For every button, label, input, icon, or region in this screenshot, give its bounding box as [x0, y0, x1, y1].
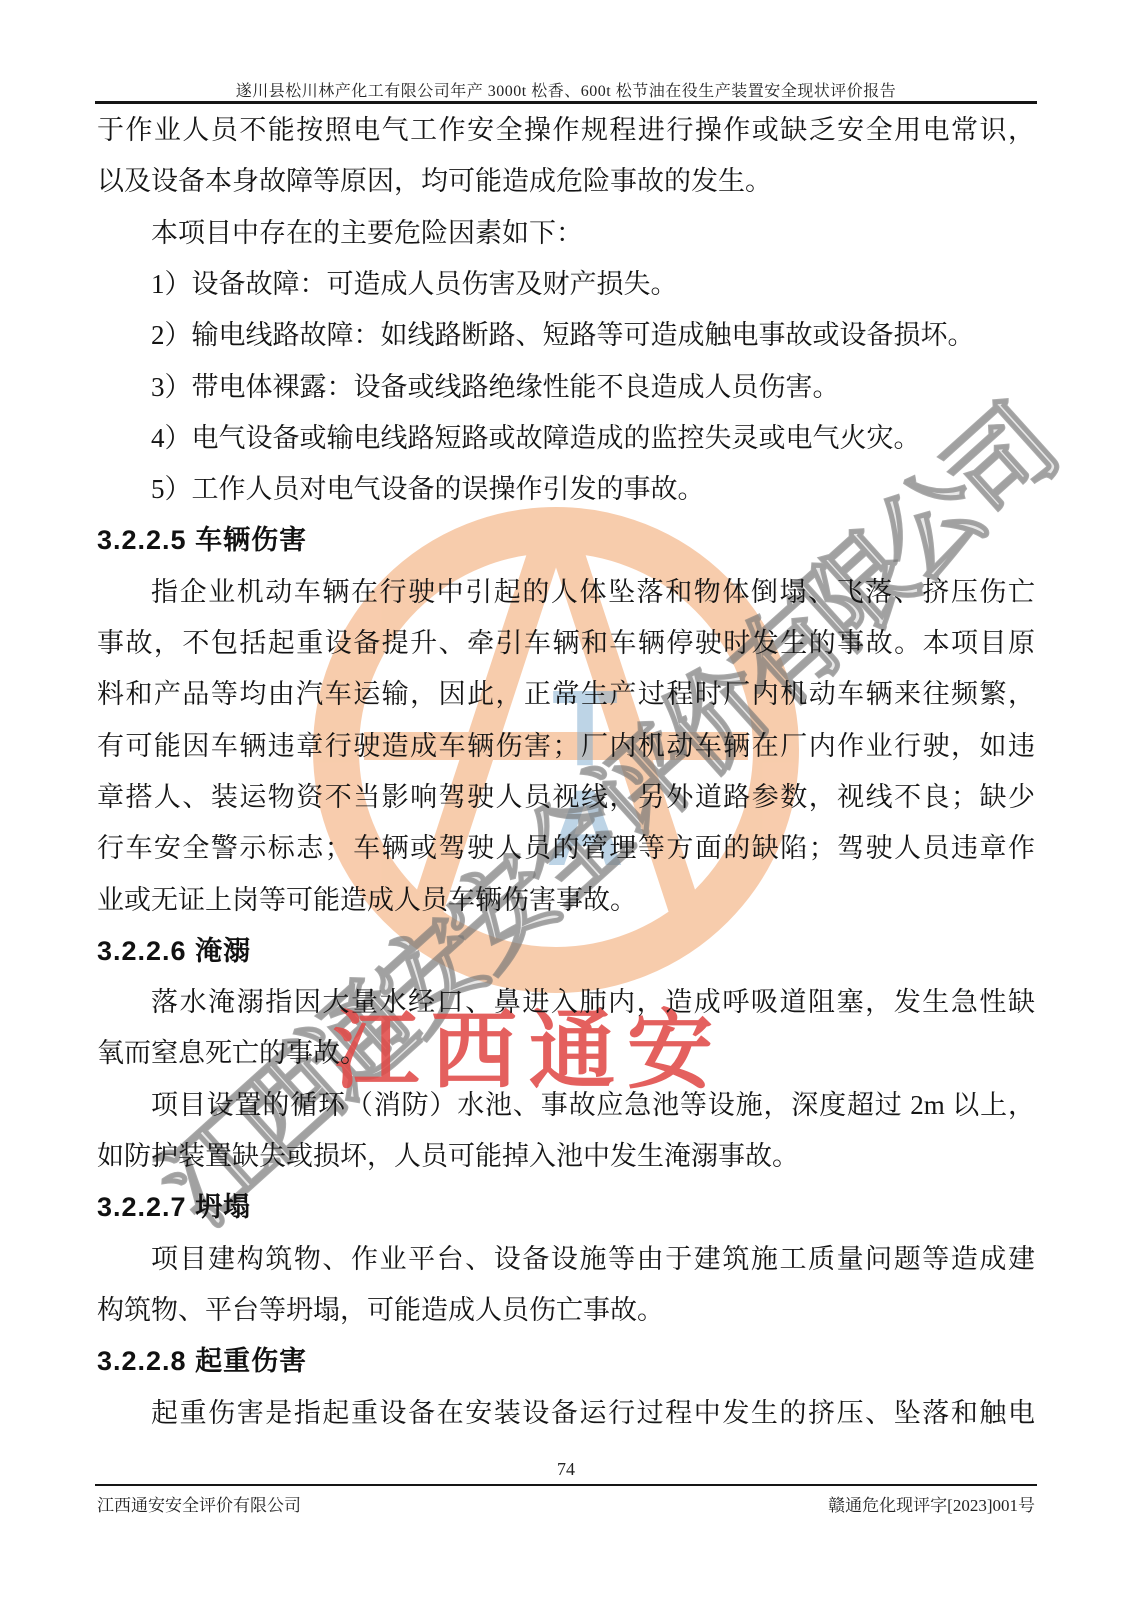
text-line: 项目设置的循环（消防）水池、事故应急池等设施，深度超过 2m 以上， — [97, 1088, 1035, 1122]
document-body: 于作业人员不能按照电气工作安全操作规程进行操作或缺乏安全用电常识，以及设备本身故… — [0, 0, 1132, 1600]
text-line: 落水淹溺指因大量水经口、鼻进入肺内，造成呼吸道阻塞，发生急性缺 — [97, 985, 1035, 1019]
text-line: 氧而窒息死亡的事故。 — [97, 1036, 1035, 1070]
text-line: 4）电气设备或输电线路短路或故障造成的监控失灵或电气火灾。 — [97, 421, 1035, 455]
text-line: 2）输电线路故障：如线路断路、短路等可造成触电事故或设备损坏。 — [97, 318, 1035, 352]
text-line: 料和产品等均由汽车运输，因此，正常生产过程时厂内机动车辆来往频繁， — [97, 677, 1035, 711]
text-line: 事故，不包括起重设备提升、牵引车辆和车辆停驶时发生的事故。本项目原 — [97, 626, 1035, 660]
section-heading: 3.2.2.6 淹溺 — [97, 934, 1035, 968]
text-line: 指企业机动车辆在行驶中引起的人体坠落和物体倒塌、飞落、挤压伤亡 — [97, 575, 1035, 609]
text-line: 行车安全警示标志；车辆或驾驶人员的管理等方面的缺陷；驾驶人员违章作 — [97, 831, 1035, 865]
text-line: 以及设备本身故障等原因，均可能造成危险事故的发生。 — [97, 164, 1035, 198]
text-line: 1）设备故障：可造成人员伤害及财产损失。 — [97, 267, 1035, 301]
text-line: 3）带电体裸露：设备或线路绝缘性能不良造成人员伤害。 — [97, 370, 1035, 404]
text-line: 章搭人、装运物资不当影响驾驶人员视线，另外道路参数，视线不良；缺少 — [97, 780, 1035, 814]
section-heading: 3.2.2.7 坍塌 — [97, 1190, 1035, 1224]
report-page: T A 江西通安安全评价有限公司 江西通安 遂川县松川林产化工有限公司年产 30… — [0, 0, 1132, 1600]
text-line: 如防护装置缺失或损坏，人员可能掉入池中发生淹溺事故。 — [97, 1139, 1035, 1173]
text-line: 起重伤害是指起重设备在安装设备运行过程中发生的挤压、坠落和触电 — [97, 1396, 1035, 1430]
section-heading: 3.2.2.8 起重伤害 — [97, 1344, 1035, 1378]
text-line: 业或无证上岗等可能造成人员车辆伤害事故。 — [97, 883, 1035, 917]
text-line: 项目建构筑物、作业平台、设备设施等由于建筑施工质量问题等造成建 — [97, 1242, 1035, 1276]
text-line: 构筑物、平台等坍塌，可能造成人员伤亡事故。 — [97, 1293, 1035, 1327]
text-line: 本项目中存在的主要危险因素如下： — [97, 216, 1035, 250]
text-line: 有可能因车辆违章行驶造成车辆伤害；厂内机动车辆在厂内作业行驶，如违 — [97, 729, 1035, 763]
text-line: 于作业人员不能按照电气工作安全操作规程进行操作或缺乏安全用电常识， — [97, 113, 1035, 147]
text-line: 5）工作人员对电气设备的误操作引发的事故。 — [97, 472, 1035, 506]
section-heading: 3.2.2.5 车辆伤害 — [97, 523, 1035, 557]
